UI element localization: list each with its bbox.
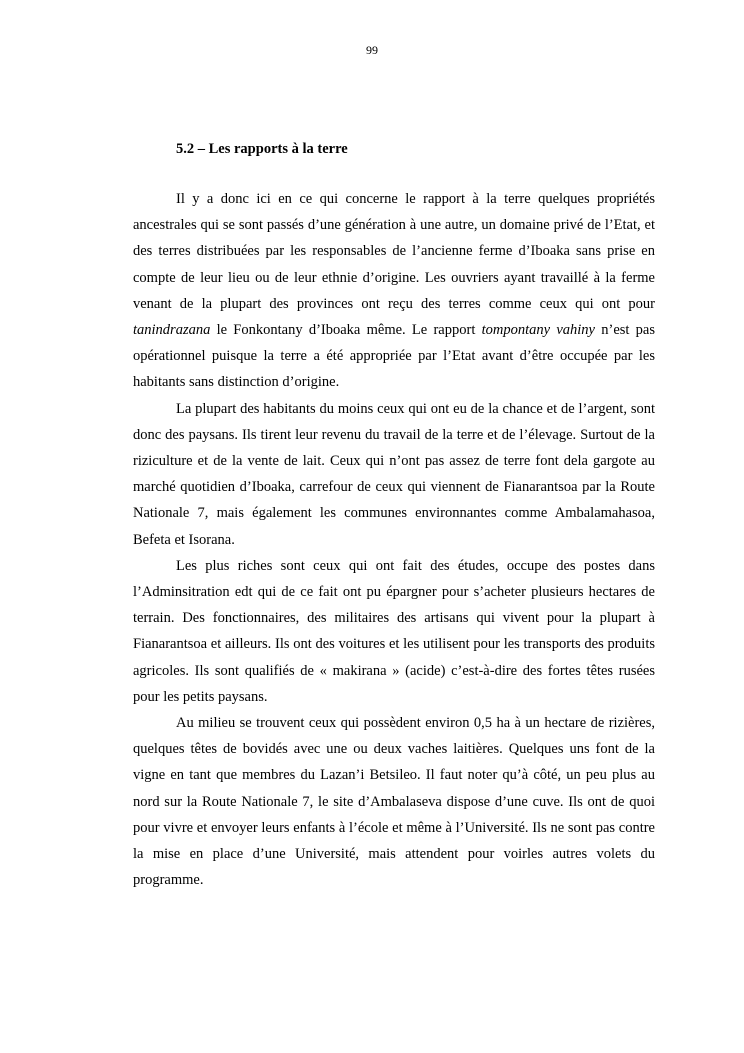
- section-title: 5.2 – Les rapports à la terre: [176, 140, 348, 158]
- paragraph-1: Il y a donc ici en ce qui concerne le ra…: [133, 186, 655, 396]
- paragraph-1-text-b: le Fonkontany d’Iboaka même. Le rapport: [210, 322, 481, 338]
- paragraph-1-text-a: Il y a donc ici en ce qui concerne le ra…: [133, 191, 655, 312]
- term-tanindrazana: tanindrazana: [133, 322, 210, 338]
- term-tompontany-vahiny: tompontany vahiny: [482, 322, 595, 338]
- page-number: 99: [0, 43, 744, 57]
- paragraph-4: Au milieu se trouvent ceux qui possèdent…: [133, 710, 655, 893]
- paragraph-2: La plupart des habitants du moins ceux q…: [133, 396, 655, 553]
- body-text: Il y a donc ici en ce qui concerne le ra…: [133, 186, 655, 893]
- paragraph-3: Les plus riches sont ceux qui ont fait d…: [133, 553, 655, 710]
